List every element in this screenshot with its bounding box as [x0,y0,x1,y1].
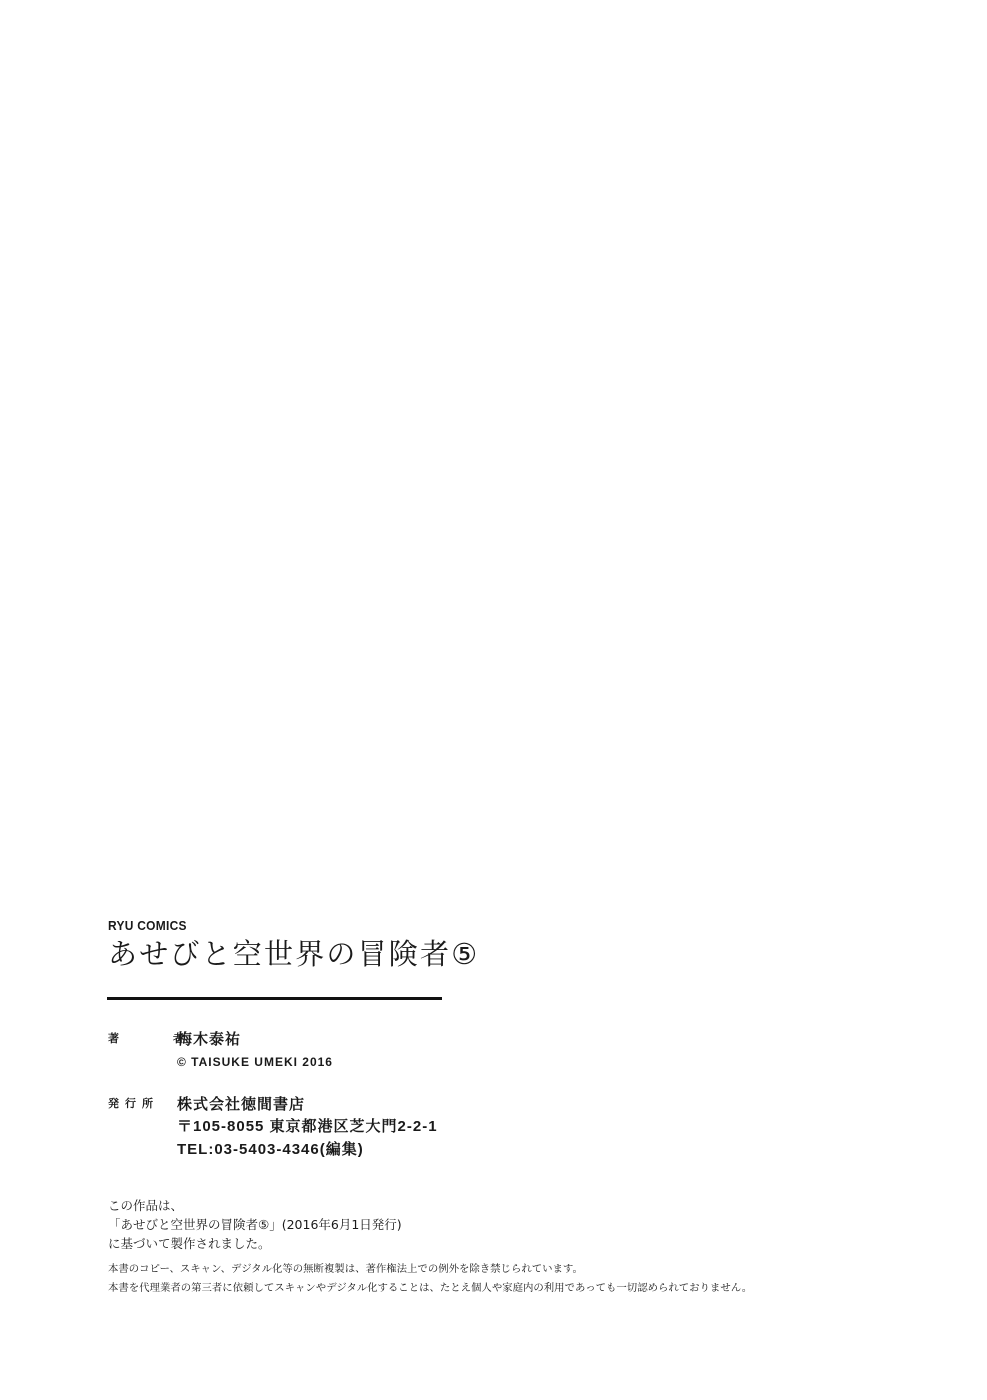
author-copyright: © TAISUKE UMEKI 2016 [177,1053,333,1071]
publisher-label: 発行所 [108,1096,159,1112]
publisher-address: 〒105-8055 東京都港区芝大門2-2-1 [177,1118,438,1136]
author-name: 梅木泰祐 [177,1030,241,1048]
publisher-phone: TEL:03-5403-4346(編集) [177,1141,364,1159]
book-title: あせびと空世界の冒険者⑤ [108,936,479,972]
source-notice-line-1: この作品は、 [108,1196,183,1215]
legal-notice-line-2: 本書を代理業者の第三者に依頼してスキャンやデジタル化することは、たとえ個人や家庭… [108,1278,752,1298]
title-divider [107,997,442,1000]
publisher-name: 株式会社徳間書店 [177,1095,305,1113]
series-label: RYU COMICS [108,918,187,934]
source-notice-line-2: 「あせびと空世界の冒険者⑤」(2016年6月1日発行) [108,1215,402,1234]
legal-notice-line-1: 本書のコピー、スキャン、デジタル化等の無断複製は、著作権法上での例外を除き禁じら… [108,1259,583,1279]
source-notice-line-3: に基づいて製作されました。 [108,1234,271,1253]
